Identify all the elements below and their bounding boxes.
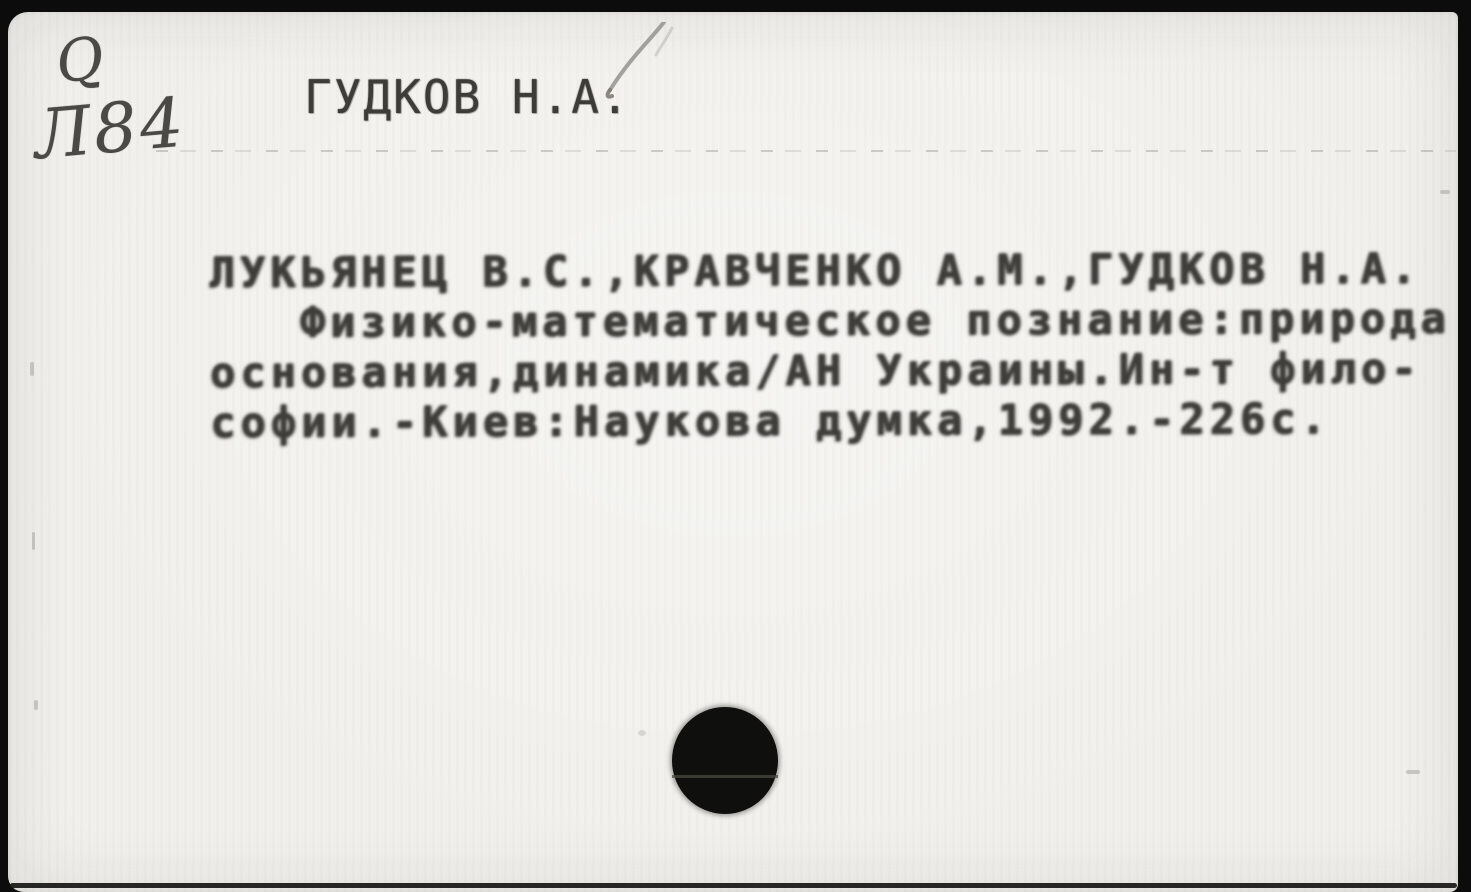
handwritten-call-number: Л84 (31, 84, 190, 176)
hole-punch-dot (672, 707, 778, 814)
bibliographic-record: ЛУКЬЯНЕЦ В.С.,КРАВЧЕНКО А.М.,ГУДКОВ Н.А.… (210, 244, 1452, 448)
scan-speck (1440, 190, 1450, 194)
record-title-line: Физико-математическое познание:природа (210, 294, 1451, 348)
record-imprint-line-1: основания,динамика/АН Украины.Ин-т фило- (210, 344, 1451, 398)
record-imprint-line-2: софии.-Киев:Наукова думка,1992.-226с. (210, 394, 1451, 448)
scan-speck (34, 700, 38, 710)
handwritten-shelf-letter: Q (52, 23, 107, 96)
pen-stroke-mark (568, 22, 698, 112)
scan-speck (30, 362, 34, 376)
scanned-catalog-card-image: Q Л84 ГУДКОВ Н.А. ЛУКЬЯНЕЦ В.С.,КРАВЧЕНК… (0, 0, 1471, 892)
card-bottom-edge-line (10, 883, 1457, 888)
dashed-rule-line (156, 150, 1456, 152)
scan-speck (1406, 770, 1420, 774)
scan-speck (32, 532, 35, 550)
record-authors-line: ЛУКЬЯНЕЦ В.С.,КРАВЧЕНКО А.М.,ГУДКОВ Н.А. (210, 244, 1451, 298)
scan-speck (638, 730, 646, 736)
hole-punch-scanline (672, 775, 778, 778)
